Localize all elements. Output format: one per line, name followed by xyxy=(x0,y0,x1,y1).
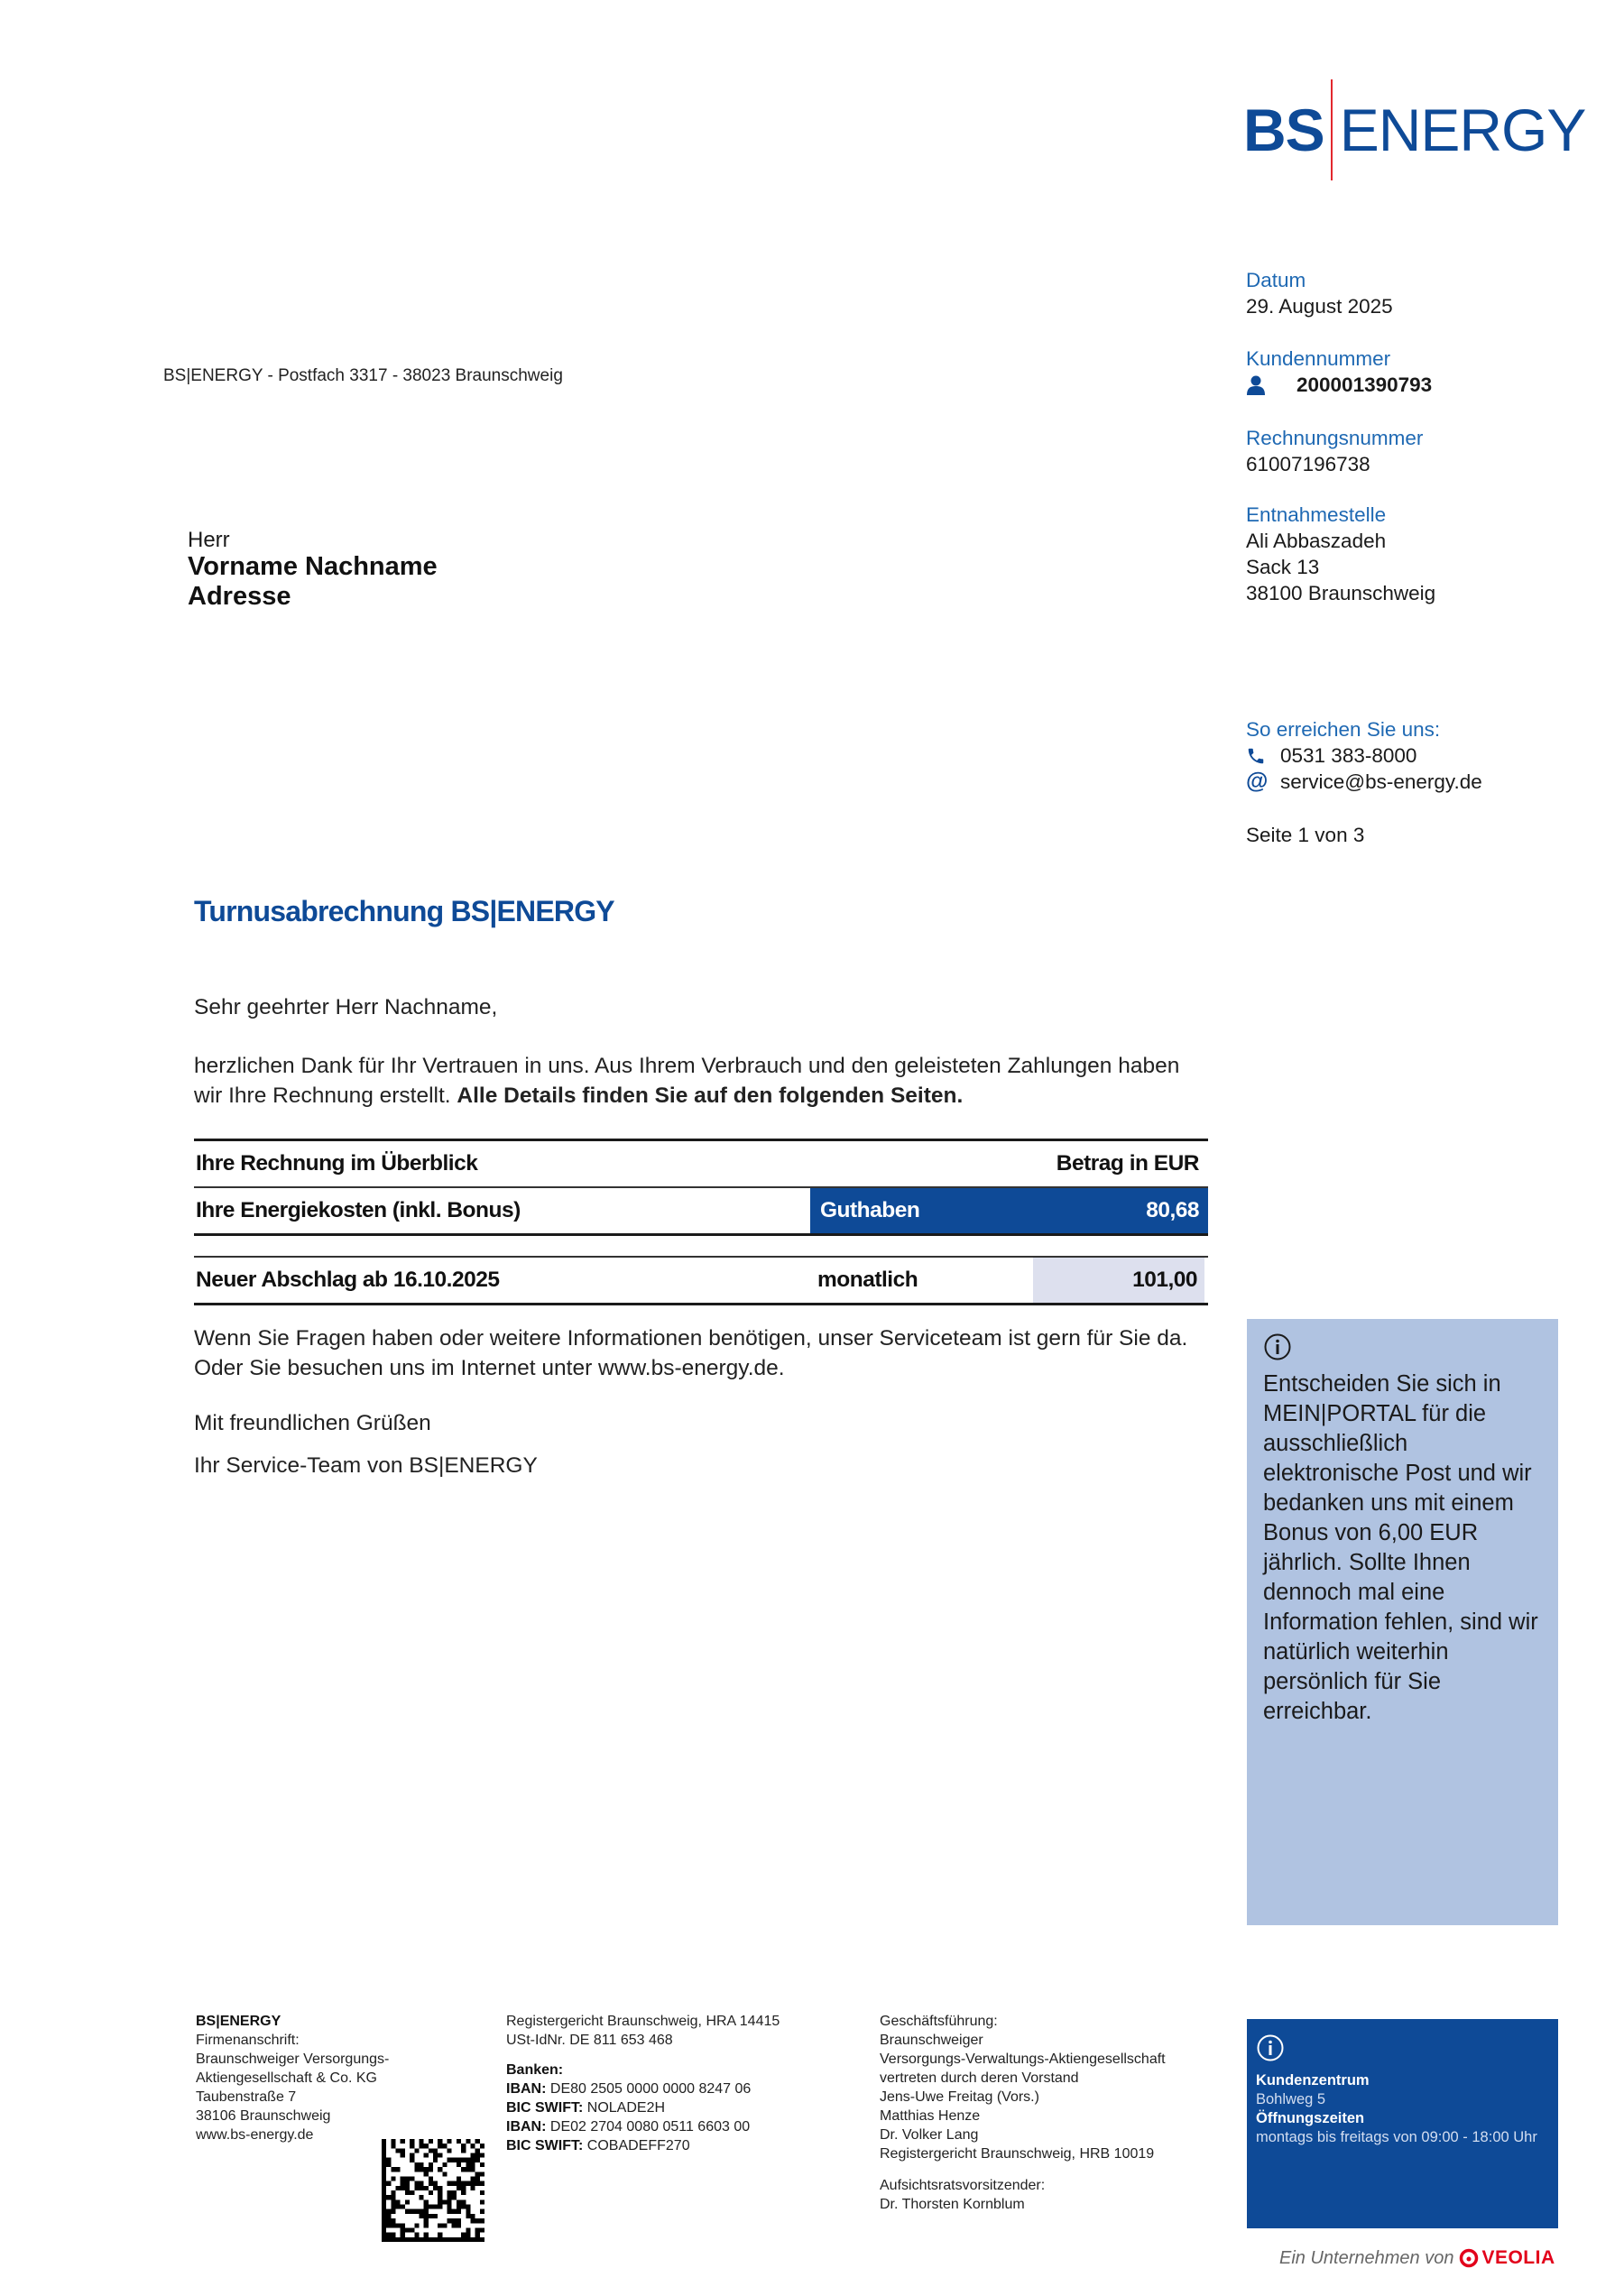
bank-line: IBAN: DE02 2704 0080 0511 6603 00 xyxy=(506,2117,831,2136)
footer-line: Taubenstraße 7 xyxy=(196,2088,421,2107)
footer-registration-banks: Registergericht Braunschweig, HRA 14415 … xyxy=(506,2012,831,2155)
contact-block: So erreichen Sie uns: 0531 383-8000 @ se… xyxy=(1246,716,1571,795)
footer-line: Registergericht Braunschweig, HRB 10019 xyxy=(880,2144,1223,2163)
footer-banks-label: Banken: xyxy=(506,2062,563,2078)
bank-line: BIC SWIFT: NOLADE2H xyxy=(506,2098,831,2117)
parent-tagline: Ein Unternehmen von xyxy=(1279,2248,1453,2269)
invoice-number-block: Rechnungsnummer 61007196738 xyxy=(1246,425,1571,477)
bank-line: BIC SWIFT: COBADEFF270 xyxy=(506,2136,831,2155)
footer-line: Matthias Henze xyxy=(880,2107,1223,2125)
footer-line: Dr. Volker Lang xyxy=(880,2125,1223,2144)
footer-board-label: Aufsichtsratsvorsitzender: xyxy=(880,2176,1223,2195)
info-icon xyxy=(1256,2033,1285,2062)
footer-line: Aktiengesellschaft & Co. KG xyxy=(196,2069,421,2088)
opening-hours-label: Öffnungszeiten xyxy=(1256,2110,1364,2126)
supply-point-label: Entnahmestelle xyxy=(1246,502,1571,528)
footer-website-link[interactable]: www.bs-energy.de xyxy=(196,2127,313,2143)
energy-costs-row: Ihre Energiekosten (inkl. Bonus) Guthabe… xyxy=(194,1188,1208,1233)
bs-energy-logo: BS ENERGY xyxy=(1243,78,1585,182)
opening-hours: montags bis freitags von 09:00 - 18:00 U… xyxy=(1256,2128,1549,2147)
footer-line: Geschäftsführung: xyxy=(880,2012,1223,2031)
recipient-address: Herr Vorname Nachname Adresse xyxy=(188,529,438,612)
customer-number-label: Kundennummer xyxy=(1246,346,1571,372)
supply-point-line: Ali Abbaszadeh xyxy=(1246,528,1571,554)
footer-line: Braunschweiger Versorgungs- xyxy=(196,2050,421,2069)
supply-point-line: 38100 Braunschweig xyxy=(1246,580,1571,606)
logo-divider xyxy=(1331,79,1333,180)
credit-status: Guthaben xyxy=(820,1198,919,1223)
footer-line: Versorgungs-Verwaltungs-Aktiengesellscha… xyxy=(880,2050,1223,2069)
footer-board-name: Dr. Thorsten Kornblum xyxy=(880,2195,1223,2214)
customer-center-title: Kundenzentrum xyxy=(1256,2072,1370,2089)
footer-vat: USt-IdNr. DE 811 653 468 xyxy=(506,2031,831,2050)
veolia-logo-icon xyxy=(1459,2248,1479,2268)
footer-management: Geschäftsführung: Braunschweiger Versorg… xyxy=(880,2012,1223,2214)
overview-header-amount: Betrag in EUR xyxy=(810,1151,1208,1176)
recipient-name: Vorname Nachname xyxy=(188,552,438,582)
footer-line: Braunschweiger xyxy=(880,2031,1223,2050)
logo-energy: ENERGY xyxy=(1340,100,1586,160)
info-icon xyxy=(1263,1332,1292,1361)
signature: Ihr Service-Team von BS|ENERGY xyxy=(194,1451,1213,1480)
installment-row: Neuer Abschlag ab 16.10.2025 monatlich 1… xyxy=(194,1258,1208,1303)
overview-header-label: Ihre Rechnung im Überblick xyxy=(194,1151,810,1176)
phone-link[interactable]: 0531 383-8000 xyxy=(1280,742,1416,769)
installment-amount: 101,00 xyxy=(1033,1258,1204,1303)
customer-center-box: Kundenzentrum Bohlweg 5 Öffnungszeiten m… xyxy=(1247,2019,1558,2228)
recipient-salutation: Herr xyxy=(188,529,438,552)
supply-point-block: Entnahmestelle Ali Abbaszadeh Sack 13 38… xyxy=(1246,502,1571,606)
credit-amount: 80,68 xyxy=(1146,1198,1199,1223)
e-post-bonus-panel: Entscheiden Sie sich in MEIN|PORTAL für … xyxy=(1247,1319,1558,1925)
installment-frequency: monatlich xyxy=(810,1268,1033,1293)
footer-line: vertreten durch deren Vorstand xyxy=(880,2069,1223,2088)
greeting: Sehr geehrter Herr Nachname, xyxy=(194,992,1213,1022)
date-value: 29. August 2025 xyxy=(1246,293,1571,319)
invoice-number-value: 61007196738 xyxy=(1246,451,1571,477)
invoice-number-label: Rechnungsnummer xyxy=(1246,425,1571,451)
footer-line: Firmenanschrift: xyxy=(196,2031,421,2050)
footer-line: 38106 Braunschweig xyxy=(196,2107,421,2125)
page-indicator: Seite 1 von 3 xyxy=(1246,822,1571,848)
installment-label: Neuer Abschlag ab 16.10.2025 xyxy=(194,1268,810,1293)
overview-header-row: Ihre Rechnung im Überblick Betrag in EUR xyxy=(194,1141,1208,1186)
customer-center-address: Bohlweg 5 xyxy=(1256,2090,1549,2109)
intro-paragraph: herzlichen Dank für Ihr Vertrauen in uns… xyxy=(194,1051,1213,1111)
date-block: Datum 29. August 2025 xyxy=(1246,267,1571,319)
parent-brand: VEOLIA xyxy=(1481,2247,1555,2269)
customer-number-value: 200001390793 xyxy=(1296,372,1432,398)
sender-return-address: BS|ENERGY - Postfach 3317 - 38023 Brauns… xyxy=(163,366,563,386)
email-link[interactable]: service@bs-energy.de xyxy=(1280,769,1482,795)
logo-bs: BS xyxy=(1243,100,1324,160)
page-number: Seite 1 von 3 xyxy=(1246,822,1571,848)
footer-line: Jens-Uwe Freitag (Vors.) xyxy=(880,2088,1223,2107)
at-icon: @ xyxy=(1246,769,1268,795)
intro-bold-text: Alle Details finden Sie auf den folgende… xyxy=(457,1083,963,1108)
datamatrix-code xyxy=(382,2139,484,2242)
document-title: Turnusabrechnung BS|ENERGY xyxy=(194,895,614,928)
contact-label: So erreichen Sie uns: xyxy=(1246,716,1571,742)
energy-costs-label: Ihre Energiekosten (inkl. Bonus) xyxy=(194,1198,810,1223)
person-icon xyxy=(1246,374,1266,396)
supply-point-line: Sack 13 xyxy=(1246,554,1571,580)
e-post-bonus-text: Entscheiden Sie sich in MEIN|PORTAL für … xyxy=(1263,1369,1542,1727)
recipient-street: Adresse xyxy=(188,582,438,612)
invoice-overview-table: Ihre Rechnung im Überblick Betrag in EUR… xyxy=(194,1139,1208,1305)
parent-company: Ein Unternehmen von VEOLIA xyxy=(1279,2247,1555,2269)
phone-icon xyxy=(1246,746,1268,766)
footer-register: Registergericht Braunschweig, HRA 14415 xyxy=(506,2012,831,2031)
questions-paragraph: Wenn Sie Fragen haben oder weitere Infor… xyxy=(194,1323,1213,1383)
closing: Mit freundlichen Grüßen xyxy=(194,1408,1213,1438)
bank-line: IBAN: DE80 2505 0000 0000 8247 06 xyxy=(506,2079,831,2098)
footer-company-name: BS|ENERGY xyxy=(196,2014,281,2029)
footer-company: BS|ENERGY Firmenanschrift: Braunschweige… xyxy=(196,2012,421,2144)
credit-cell: Guthaben 80,68 xyxy=(810,1188,1208,1233)
customer-number-block: Kundennummer 200001390793 xyxy=(1246,346,1571,398)
date-label: Datum xyxy=(1246,267,1571,293)
